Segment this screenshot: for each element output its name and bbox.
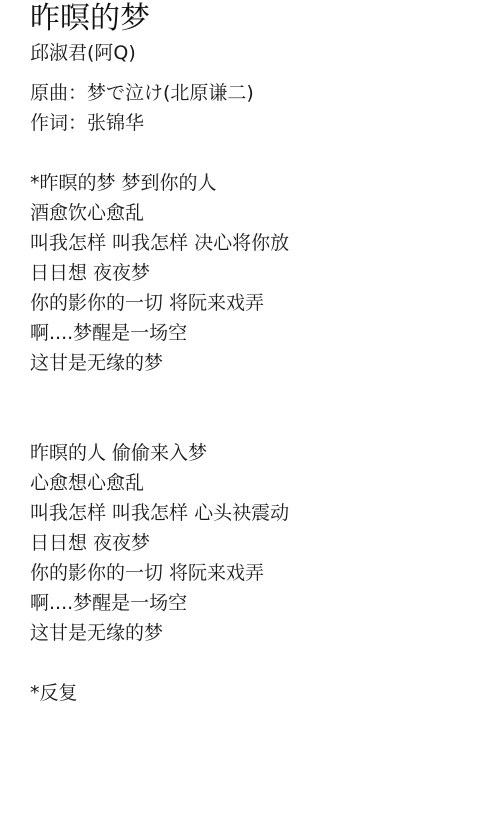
lyric-line: 叫我怎样 叫我怎样 心头袂震动 bbox=[30, 498, 289, 528]
lyric-line: 日日想 夜夜梦 bbox=[30, 528, 289, 558]
credit-original-song: 原曲：梦で泣け(北原谦二) bbox=[30, 78, 254, 108]
lyrics-body: *昨暝的梦 梦到你的人 酒愈饮心愈乱 叫我怎样 叫我怎样 决心将你放 日日想 夜… bbox=[30, 168, 289, 708]
song-artist: 邱淑君(阿Q) bbox=[30, 40, 136, 66]
lyric-line: 日日想 夜夜梦 bbox=[30, 258, 289, 288]
lyric-line: 这甘是无缘的梦 bbox=[30, 348, 289, 378]
lyric-line: 心愈想心愈乱 bbox=[30, 468, 289, 498]
lyric-line: *昨暝的梦 梦到你的人 bbox=[30, 168, 289, 198]
lyric-spacer bbox=[30, 408, 289, 438]
song-credits: 原曲：梦で泣け(北原谦二) 作词：张锦华 bbox=[30, 78, 254, 138]
lyric-line: 这甘是无缘的梦 bbox=[30, 618, 289, 648]
lyric-spacer bbox=[30, 378, 289, 408]
lyric-line: 你的影你的一切 将阮来戏弄 bbox=[30, 288, 289, 318]
lyric-spacer bbox=[30, 648, 289, 678]
lyric-line-repeat: *反复 bbox=[30, 678, 289, 708]
song-title: 昨暝的梦 bbox=[30, 0, 150, 38]
lyric-line: 酒愈饮心愈乱 bbox=[30, 198, 289, 228]
credit-lyricist: 作词：张锦华 bbox=[30, 108, 254, 138]
lyric-line: 昨暝的人 偷偷来入梦 bbox=[30, 438, 289, 468]
lyric-line: 叫我怎样 叫我怎样 决心将你放 bbox=[30, 228, 289, 258]
lyric-line: 啊....梦醒是一场空 bbox=[30, 318, 289, 348]
lyric-line: 你的影你的一切 将阮来戏弄 bbox=[30, 558, 289, 588]
lyric-line: 啊....梦醒是一场空 bbox=[30, 588, 289, 618]
